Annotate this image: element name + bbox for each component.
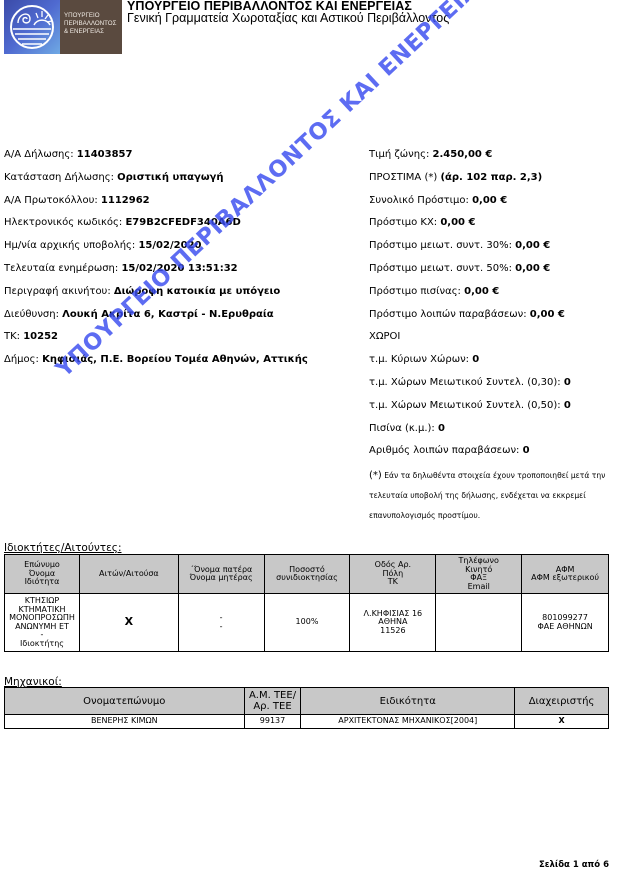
info-row: τ.μ. Χώρων Μειωτικού Συντελ. (0,30): 0 [369, 377, 571, 400]
info-value: 10252 [23, 331, 58, 342]
info-label: τ.μ. Κύριων Χώρων: [369, 354, 472, 365]
info-value: Διώροφη κατοικία με υπόγειο [114, 286, 280, 297]
info-label: Δήμος: [4, 354, 42, 365]
info-label: Α/Α Δήλωσης: [4, 149, 77, 160]
info-value: E79B2CFEDF340A6D [125, 217, 240, 228]
cell-line: X [125, 615, 133, 628]
info-label: Πρόστιμο ΚΧ: [369, 217, 440, 228]
cell-line: - [220, 622, 223, 631]
cell-line: συνιδιοκτησίας [276, 573, 338, 582]
info-label: Πρόστιμο μειωτ. συντ. 30%: [369, 240, 515, 251]
owners-column-header: Οδός Αρ.ΠόληΤΚ [350, 555, 436, 594]
info-label: Πρόστιμο πισίνας: [369, 286, 464, 297]
info-value: 2.450,00 € [433, 149, 493, 160]
info-value: 0 [472, 354, 479, 365]
ministry-emblem-icon [4, 0, 60, 54]
info-value: 15/02/2020 [138, 240, 201, 251]
info-label: ΤΚ: [4, 331, 23, 342]
cell-line: Ειδικότητα [380, 696, 436, 707]
table-row: ΚΤΗΣΙΩΡΚΤΗΜΑΤΙΚΗΜΟΝΟΠΡΟΣΩΠΗΑΝΩΝΥΜΗ ΕΤ-Ιδ… [5, 594, 609, 652]
info-label: Ημ/νία αρχικής υποβολής: [4, 240, 138, 251]
info-value: Λουκή Ακρίτα 6, Καστρί - Ν.Ερυθραία [62, 309, 273, 320]
info-row: τ.μ. Κύριων Χώρων: 0 [369, 354, 571, 377]
info-value: (άρ. 102 παρ. 2,3) [440, 172, 542, 183]
info-row: Ημ/νία αρχικής υποβολής: 15/02/2020 [4, 240, 308, 263]
info-row: Α/Α Πρωτοκόλλου: 1112962 [4, 195, 308, 218]
cell-line: Ιδιότητα [25, 577, 60, 586]
owners-label: Ιδιοκτήτες/Αιτούντες: [4, 542, 121, 554]
declaration-info: Α/Α Δήλωσης: 11403857Κατάσταση Δήλωσης: … [4, 149, 308, 377]
info-label: Αριθμός λοιπών παραβάσεων: [369, 445, 523, 456]
cell-line: Email [468, 582, 490, 591]
engineers-cell: 99137 [244, 715, 301, 729]
info-row: Πρόστιμο πισίνας: 0,00 € [369, 286, 571, 309]
info-row: τ.μ. Χώρων Μειωτικού Συντελ. (0,50): 0 [369, 400, 571, 423]
owners-cell: ΚΤΗΣΙΩΡΚΤΗΜΑΤΙΚΗΜΟΝΟΠΡΟΣΩΠΗΑΝΩΝΥΜΗ ΕΤ-Ιδ… [5, 594, 80, 652]
info-value: 0,00 € [530, 309, 565, 320]
info-row: Πρόστιμο μειωτ. συντ. 50%: 0,00 € [369, 263, 571, 286]
owners-column-header: ΄Όνομα πατέραΌνομα μητέρας [178, 555, 264, 594]
info-label: Πρόστιμο λοιπών παραβάσεων: [369, 309, 530, 320]
info-value: 0 [564, 400, 571, 411]
info-row: Διεύθυνση: Λουκή Ακρίτα 6, Καστρί - Ν.Ερ… [4, 309, 308, 332]
info-label: Κατάσταση Δήλωσης: [4, 172, 117, 183]
info-label: Διεύθυνση: [4, 309, 62, 320]
info-row: ΤΚ: 10252 [4, 331, 308, 354]
engineers-cell: ΑΡΧΙΤΕΚΤΟΝΑΣ ΜΗΧΑΝΙΚΟΣ[2004] [301, 715, 515, 729]
info-row: Κατάσταση Δήλωσης: Οριστική υπαγωγή [4, 172, 308, 195]
table-row: ΒΕΝΕΡΗΣ ΚΙΜΩΝ99137ΑΡΧΙΤΕΚΤΟΝΑΣ ΜΗΧΑΝΙΚΟΣ… [5, 715, 609, 729]
cell-line: Όνομα μητέρας [190, 573, 253, 582]
info-value: Κηφισιάς, Π.Ε. Βορείου Τομέα Αθηνών, Αττ… [42, 354, 308, 365]
ministry-subtitle: Γενική Γραμματεία Χωροταξίας και Αστικού… [127, 11, 449, 25]
info-label: Συνολικό Πρόστιμο: [369, 195, 472, 206]
info-row: Πρόστιμο λοιπών παραβάσεων: 0,00 € [369, 309, 571, 332]
info-label: Πισίνα (κ.μ.): [369, 423, 438, 434]
engineers-column-header: Διαχειριστής [515, 688, 609, 715]
ministry-logo: ΥΠΟΥΡΓΕΙΟ ΠΕΡΙΒΑΛΛΟΝΤΟΣ & ΕΝΕΡΓΕΙΑΣ [4, 0, 122, 54]
info-value: 1112962 [101, 195, 150, 206]
cell-line: Ιδιοκτήτης [20, 639, 64, 648]
cell-line: Αρ. ΤΕΕ [253, 701, 291, 712]
info-label: Τελευταία ενημέρωση: [4, 263, 121, 274]
info-row: Τιμή ζώνης: 2.450,00 € [369, 149, 571, 172]
info-row: Πρόστιμο ΚΧ: 0,00 € [369, 217, 571, 240]
info-label: ΠΡΟΣΤΙΜΑ (*) [369, 172, 440, 183]
logo-line-3: & ΕΝΕΡΓΕΙΑΣ [64, 28, 122, 36]
info-value: 0,00 € [440, 217, 475, 228]
info-value: 0,00 € [472, 195, 507, 206]
info-value: Οριστική υπαγωγή [117, 172, 223, 183]
fines-info: Τιμή ζώνης: 2.450,00 €ΠΡΟΣΤΙΜΑ (*) (άρ. … [369, 149, 571, 468]
info-value: 0 [438, 423, 445, 434]
cell-line: Διαχειριστής [529, 696, 595, 707]
logo-line-1: ΥΠΟΥΡΓΕΙΟ [64, 12, 122, 20]
info-label: Πρόστιμο μειωτ. συντ. 50%: [369, 263, 515, 274]
engineers-cell: X [515, 715, 609, 729]
cell-line: 11526 [380, 626, 405, 635]
info-value: 0,00 € [515, 263, 550, 274]
info-label: Α/Α Πρωτοκόλλου: [4, 195, 101, 206]
cell-line: Αιτών/Αιτούσα [99, 569, 159, 578]
fine-note: (*) Εάν τα δηλωθέντα στοιχεία έχουν τροπ… [369, 466, 618, 526]
info-value: 0,00 € [515, 240, 550, 251]
engineers-column-header: Α.Μ. ΤΕΕ/Αρ. ΤΕΕ [244, 688, 301, 715]
info-value: 15/02/2020 13:51:32 [121, 263, 237, 274]
cell-line: 100% [296, 617, 319, 626]
page-number: Σελίδα 1 από 6 [539, 860, 609, 870]
owners-cell: 801099277ΦΑΕ ΑΘΗΝΩΝ [522, 594, 609, 652]
cell-line: Α.Μ. ΤΕΕ/ [249, 690, 296, 701]
info-row: Α/Α Δήλωσης: 11403857 [4, 149, 308, 172]
owners-cell [436, 594, 522, 652]
logo-line-2: ΠΕΡΙΒΑΛΛΟΝΤΟΣ [64, 20, 122, 28]
logo-text: ΥΠΟΥΡΓΕΙΟ ΠΕΡΙΒΑΛΛΟΝΤΟΣ & ΕΝΕΡΓΕΙΑΣ [60, 0, 122, 54]
info-label: τ.μ. Χώρων Μειωτικού Συντελ. (0,30): [369, 377, 564, 388]
info-row: ΠΡΟΣΤΙΜΑ (*) (άρ. 102 παρ. 2,3) [369, 172, 571, 195]
info-row: ΧΩΡΟΙ [369, 331, 571, 354]
cell-line: ΦΑΕ ΑΘΗΝΩΝ [537, 622, 592, 631]
info-value: 0 [564, 377, 571, 388]
owners-cell: Λ.ΚΗΦΙΣΙΑΣ 16ΑΘΗΝΑ11526 [350, 594, 436, 652]
info-row: Πισίνα (κ.μ.): 0 [369, 423, 571, 446]
owners-column-header: Αιτών/Αιτούσα [79, 555, 178, 594]
info-label: Τιμή ζώνης: [369, 149, 433, 160]
info-row: Ηλεκτρονικός κωδικός: E79B2CFEDF340A6D [4, 217, 308, 240]
owners-column-header: ΑΦΜΑΦΜ εξωτερικού [522, 555, 609, 594]
info-value: 0,00 € [464, 286, 499, 297]
note-text: Εάν τα δηλωθέντα στοιχεία έχουν τροποποι… [369, 471, 605, 520]
info-row: Περιγραφή ακινήτου: Διώροφη κατοικία με … [4, 286, 308, 309]
engineers-cell: ΒΕΝΕΡΗΣ ΚΙΜΩΝ [5, 715, 245, 729]
cell-line: ΤΚ [388, 577, 398, 586]
info-value: 11403857 [77, 149, 133, 160]
cell-line: ΑΦΜ εξωτερικού [531, 573, 599, 582]
cell-line: Ονοματεπώνυμο [83, 696, 165, 707]
owners-cell: 100% [264, 594, 350, 652]
engineers-column-header: Ονοματεπώνυμο [5, 688, 245, 715]
info-row: Τελευταία ενημέρωση: 15/02/2020 13:51:32 [4, 263, 308, 286]
engineers-table: ΟνοματεπώνυμοΑ.Μ. ΤΕΕ/Αρ. ΤΕΕΕιδικότηταΔ… [4, 687, 609, 729]
info-label: Ηλεκτρονικός κωδικός: [4, 217, 125, 228]
info-label: τ.μ. Χώρων Μειωτικού Συντελ. (0,50): [369, 400, 564, 411]
note-star: (*) [369, 470, 382, 481]
owners-table: ΕπώνυμοΌνομαΙδιότηταΑιτών/Αιτούσα΄Όνομα … [4, 554, 609, 652]
info-row: Συνολικό Πρόστιμο: 0,00 € [369, 195, 571, 218]
info-label: Περιγραφή ακινήτου: [4, 286, 114, 297]
owners-column-header: ΕπώνυμοΌνομαΙδιότητα [5, 555, 80, 594]
info-label: ΧΩΡΟΙ [369, 331, 400, 342]
info-row: Πρόστιμο μειωτ. συντ. 30%: 0,00 € [369, 240, 571, 263]
owners-cell: -- [178, 594, 264, 652]
owners-column-header: Ποσοστόσυνιδιοκτησίας [264, 555, 350, 594]
info-row: Αριθμός λοιπών παραβάσεων: 0 [369, 445, 571, 468]
owners-column-header: ΤηλέφωνοΚινητόΦΑΞEmail [436, 555, 522, 594]
engineers-column-header: Ειδικότητα [301, 688, 515, 715]
owners-cell: X [79, 594, 178, 652]
info-row: Δήμος: Κηφισιάς, Π.Ε. Βορείου Τομέα Αθην… [4, 354, 308, 377]
info-value: 0 [523, 445, 530, 456]
